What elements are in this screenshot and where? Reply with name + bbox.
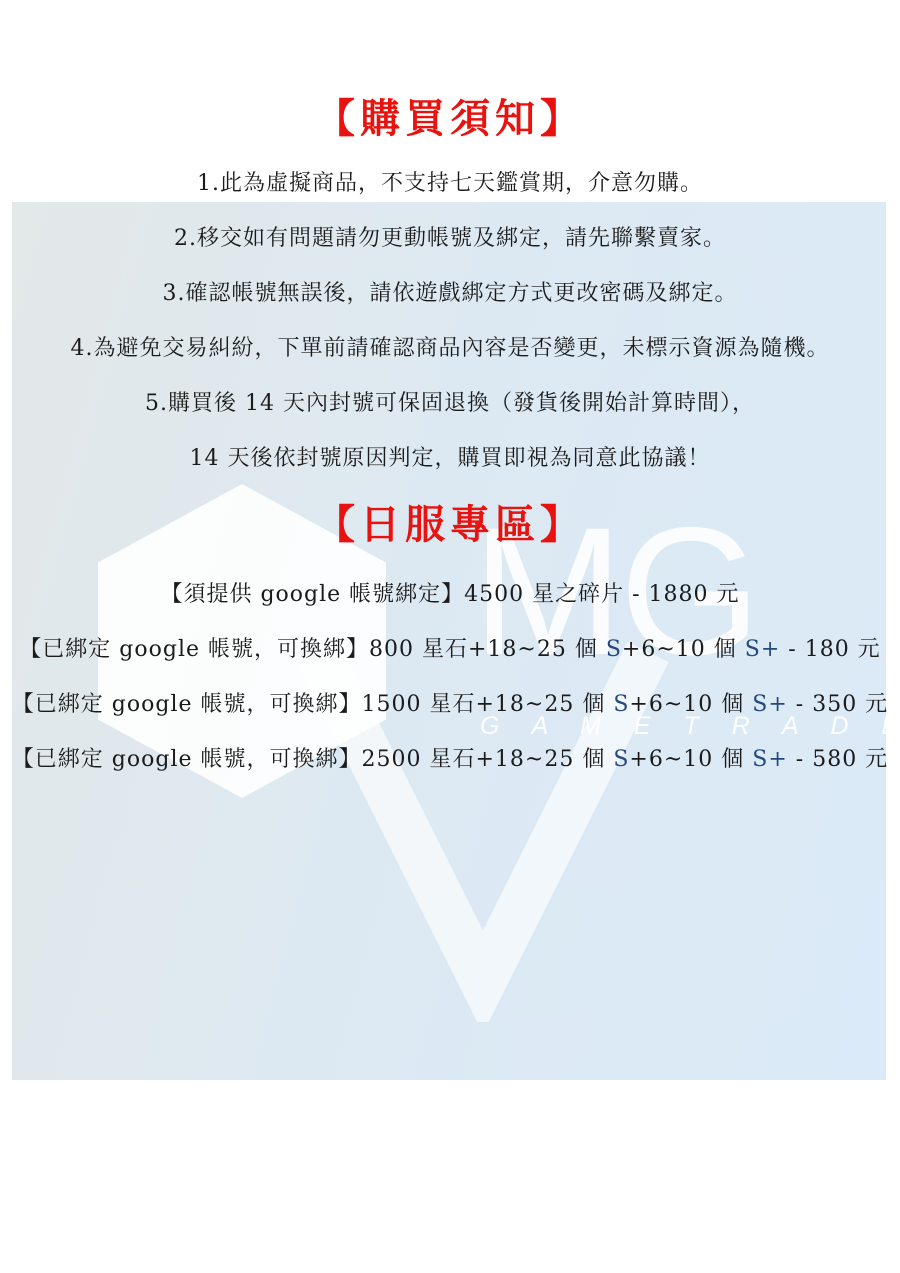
price-segment: 【已綁定 google 帳號，可換綁】2500 星石+18~25 個 bbox=[12, 747, 614, 772]
price-segment: +6~10 個 bbox=[622, 637, 745, 662]
price-segment: 【須提供 google 帳號綁定】4500 星之碎片 - 1880 元 bbox=[160, 582, 739, 607]
price-segment: +6~10 個 bbox=[629, 747, 752, 772]
price-segment-highlight: S+ bbox=[752, 692, 788, 717]
price-line-3: 【已綁定 google 帳號，可換綁】1500 星石+18~25 個 S+6~1… bbox=[0, 689, 900, 721]
notice-item-5-continued: 14 天後依封號原因判定，購買即視為同意此協議！ bbox=[0, 443, 900, 475]
notice-item-2: 2.移交如有問題請勿更動帳號及綁定，請先聯繫賣家。 bbox=[0, 223, 900, 255]
notice-item-4: 4.為避免交易糾紛，下單前請確認商品內容是否變更，未標示資源為隨機。 bbox=[0, 333, 900, 365]
notice-item-3: 3.確認帳號無誤後，請依遊戲綁定方式更改密碼及綁定。 bbox=[0, 278, 900, 310]
jp-server-title: 【日服專區】 bbox=[0, 498, 900, 552]
price-line-2: 【已綁定 google 帳號，可換綁】800 星石+18~25 個 S+6~10… bbox=[0, 634, 900, 666]
notice-item-5: 5.購買後 14 天內封號可保固退換（發貨後開始計算時間）， bbox=[0, 388, 900, 420]
price-line-4: 【已綁定 google 帳號，可換綁】2500 星石+18~25 個 S+6~1… bbox=[0, 744, 900, 776]
price-segment-highlight: S+ bbox=[745, 637, 781, 662]
price-segment: 【已綁定 google 帳號，可換綁】800 星石+18~25 個 bbox=[19, 637, 606, 662]
price-segment: 【已綁定 google 帳號，可換綁】1500 星石+18~25 個 bbox=[12, 692, 614, 717]
price-segment: - 580 元 bbox=[788, 747, 888, 772]
price-segment-highlight: S bbox=[613, 692, 629, 717]
price-segment: - 180 元 bbox=[780, 637, 880, 662]
price-segment-highlight: S bbox=[606, 637, 622, 662]
notice-item-1: 1.此為虛擬商品，不支持七天鑑賞期，介意勿購。 bbox=[0, 168, 900, 200]
price-line-1: 【須提供 google 帳號綁定】4500 星之碎片 - 1880 元 bbox=[0, 579, 900, 611]
price-segment-highlight: S bbox=[613, 747, 629, 772]
purchase-notice-title: 【購買須知】 bbox=[0, 92, 900, 146]
price-segment: +6~10 個 bbox=[629, 692, 752, 717]
price-segment-highlight: S+ bbox=[752, 747, 788, 772]
price-segment: - 350 元 bbox=[788, 692, 888, 717]
